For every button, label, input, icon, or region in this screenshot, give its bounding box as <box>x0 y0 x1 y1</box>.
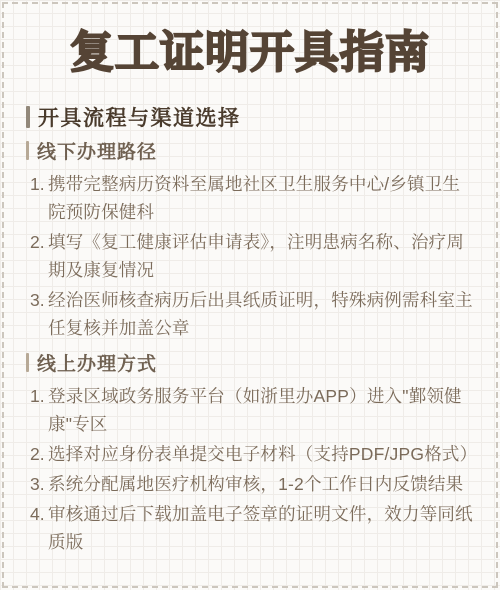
list-item: 1. 登录区域政务服务平台（如浙里办APP）进入"鄞领健康"专区 <box>30 382 474 438</box>
item-text: 审核通过后下载加盖电子签章的证明文件，效力等同纸质版 <box>48 500 474 556</box>
item-number: 1. <box>30 382 48 410</box>
offline-heading-bar-icon <box>26 141 29 160</box>
list-item: 3. 经治医师核查病历后出具纸质证明，特殊病例需科室主任复核并加盖公章 <box>30 286 474 342</box>
item-number: 3. <box>30 470 48 498</box>
item-number: 2. <box>30 440 48 468</box>
item-text: 选择对应身份表单提交电子材料（支持PDF/JPG格式） <box>48 440 474 468</box>
online-heading-label: 线上办理方式 <box>37 349 157 376</box>
item-text: 填写《复工健康评估申请表》，注明患病名称、治疗周期及康复情况 <box>48 228 474 284</box>
list-item: 3. 系统分配属地医疗机构审核，1-2个工作日内反馈结果 <box>30 470 474 498</box>
item-number: 1. <box>30 170 48 198</box>
item-number: 4. <box>30 500 48 528</box>
list-item: 2. 选择对应身份表单提交电子材料（支持PDF/JPG格式） <box>30 440 474 468</box>
online-heading-bar-icon <box>26 353 29 372</box>
item-text: 经治医师核查病历后出具纸质证明，特殊病例需科室主任复核并加盖公章 <box>48 286 474 342</box>
online-subsection-heading: 线上办理方式 <box>26 350 474 374</box>
list-item: 2. 填写《复工健康评估申请表》，注明患病名称、治疗周期及康复情况 <box>30 228 474 284</box>
section-header-bar-icon <box>26 106 30 128</box>
online-steps-list: 1. 登录区域政务服务平台（如浙里办APP）进入"鄞领健康"专区 2. 选择对应… <box>26 382 474 556</box>
item-number: 3. <box>30 286 48 314</box>
list-item: 1. 携带完整病历资料至属地社区卫生服务中心/乡镇卫生院预防保健科 <box>30 170 474 226</box>
offline-subsection-heading: 线下办理路径 <box>26 138 474 162</box>
item-text: 携带完整病历资料至属地社区卫生服务中心/乡镇卫生院预防保健科 <box>48 170 474 226</box>
offline-heading-label: 线下办理路径 <box>37 137 157 164</box>
item-text: 登录区域政务服务平台（如浙里办APP）进入"鄞领健康"专区 <box>48 382 474 438</box>
page-title: 复工证明开具指南 <box>32 30 468 76</box>
list-item: 4. 审核通过后下载加盖电子签章的证明文件，效力等同纸质版 <box>30 500 474 556</box>
guide-page: 复工证明开具指南 开具流程与渠道选择 线下办理路径 1. 携带完整病历资料至属地… <box>0 30 500 556</box>
section-header-label: 开具流程与渠道选择 <box>38 102 241 132</box>
item-text: 系统分配属地医疗机构审核，1-2个工作日内反馈结果 <box>48 470 474 498</box>
section-header: 开具流程与渠道选择 <box>26 104 474 130</box>
offline-steps-list: 1. 携带完整病历资料至属地社区卫生服务中心/乡镇卫生院预防保健科 2. 填写《… <box>26 170 474 342</box>
item-number: 2. <box>30 228 48 256</box>
